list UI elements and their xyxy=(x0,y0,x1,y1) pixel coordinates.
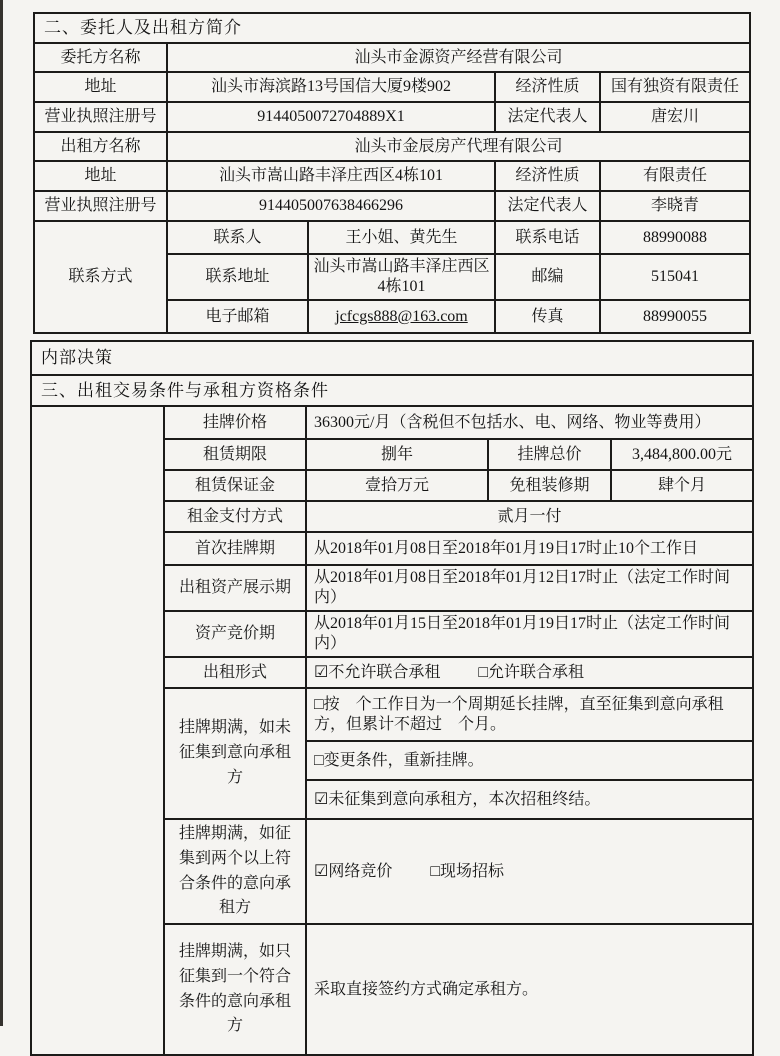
contact-phone-value: 88990088 xyxy=(600,221,750,254)
fax-label: 传真 xyxy=(495,300,600,333)
first-listing-label: 首次挂牌期 xyxy=(164,532,306,565)
client-address-label: 地址 xyxy=(34,72,167,102)
rent-form-label: 出租形式 xyxy=(164,657,306,688)
first-listing-value: 从2018年01月08日至2018年01月19日17时止10个工作日 xyxy=(306,532,753,565)
conditions-spacer-cell xyxy=(31,406,164,1055)
no-intent-group-label: 挂牌期满，如未征集到意向承租方 xyxy=(164,688,306,819)
lessor-economic-nature-label: 经济性质 xyxy=(495,161,600,191)
postcode-label: 邮编 xyxy=(495,254,600,300)
lessor-name-label: 出租方名称 xyxy=(34,132,167,161)
intro-table: 二、委托人及出租方简介 委托方名称 汕头市金源资产经营有限公司 地址 汕头市海滨… xyxy=(33,12,751,334)
deposit-value: 壹拾万元 xyxy=(306,470,488,501)
payment-method-value: 贰月一付 xyxy=(306,501,753,532)
client-license-value: 9144050072704889X1 xyxy=(167,102,495,132)
conditions-section-header: 三、出租交易条件与承租方资格条件 xyxy=(31,375,753,406)
contact-group-label: 联系方式 xyxy=(34,221,167,333)
listing-price-value: 36300元/月（含税但不包括水、电、网络、物业等费用） xyxy=(306,406,753,439)
client-economic-nature-label: 经济性质 xyxy=(495,72,600,102)
multi-intent-group-label: 挂牌期满，如征集到两个以上符合条件的意向承租方 xyxy=(164,819,306,924)
intro-section-header: 二、委托人及出租方简介 xyxy=(34,13,750,43)
email-label: 电子邮箱 xyxy=(167,300,308,333)
contact-person-label: 联系人 xyxy=(167,221,308,254)
conditions-table: 内部决策 三、出租交易条件与承租方资格条件 挂牌价格 36300元/月（含税但不… xyxy=(30,340,754,1056)
client-representative-value: 唐宏川 xyxy=(600,102,750,132)
total-listing-price-label: 挂牌总价 xyxy=(488,439,611,470)
lessor-representative-value: 李晓青 xyxy=(600,191,750,221)
client-representative-label: 法定代表人 xyxy=(495,102,600,132)
client-name-value: 汕头市金源资产经营有限公司 xyxy=(167,43,750,72)
multi-intent-checkbox-online-bidding: ☑网络竞价 xyxy=(314,862,392,882)
lessor-license-label: 营业执照注册号 xyxy=(34,191,167,221)
rent-form-checkbox-checked: ☑不允许联合承租 xyxy=(314,663,440,683)
internal-decision-header: 内部决策 xyxy=(31,341,753,375)
lessor-name-value: 汕头市金辰房产代理有限公司 xyxy=(167,132,750,161)
client-license-label: 营业执照注册号 xyxy=(34,102,167,132)
contact-person-value: 王小姐、黄先生 xyxy=(308,221,495,254)
display-period-label: 出租资产展示期 xyxy=(164,565,306,611)
client-address-value: 汕头市海滨路13号国信大厦9楼902 xyxy=(167,72,495,102)
postcode-value: 515041 xyxy=(600,254,750,300)
lessor-address-value: 汕头市嵩山路丰泽庄西区4栋101 xyxy=(167,161,495,191)
client-name-label: 委托方名称 xyxy=(34,43,167,72)
deposit-label: 租赁保证金 xyxy=(164,470,306,501)
lease-term-value: 捌年 xyxy=(306,439,488,470)
contact-phone-label: 联系电话 xyxy=(495,221,600,254)
bidding-period-value: 从2018年01月15日至2018年01月19日17时止（法定工作时间内） xyxy=(306,611,753,657)
rent-free-period-value: 肆个月 xyxy=(611,470,753,501)
lessor-address-label: 地址 xyxy=(34,161,167,191)
total-listing-price-value: 3,484,800.00元 xyxy=(611,439,753,470)
lessor-economic-nature-value: 有限责任 xyxy=(600,161,750,191)
no-intent-option-extend: □按 个工作日为一个周期延长挂牌，直至征集到意向承租方，但累计不超过 个月。 xyxy=(306,688,753,741)
payment-method-label: 租金支付方式 xyxy=(164,501,306,532)
fax-value: 88990055 xyxy=(600,300,750,333)
single-intent-group-label: 挂牌期满，如只征集到一个符合条件的意向承租方 xyxy=(164,924,306,1055)
no-intent-option-relist: □变更条件，重新挂牌。 xyxy=(306,741,753,780)
lease-term-label: 租赁期限 xyxy=(164,439,306,470)
contact-address-label: 联系地址 xyxy=(167,254,308,300)
no-intent-option-terminate: ☑未征集到意向承租方，本次招租终结。 xyxy=(306,780,753,819)
single-intent-value: 采取直接签约方式确定承租方。 xyxy=(306,924,753,1055)
client-economic-nature-value: 国有独资有限责任 xyxy=(600,72,750,102)
display-period-value: 从2018年01月08日至2018年01月12日17时止（法定工作时间内） xyxy=(306,565,753,611)
lessor-license-value: 914405007638466296 xyxy=(167,191,495,221)
bidding-period-label: 资产竞价期 xyxy=(164,611,306,657)
rent-free-period-label: 免租装修期 xyxy=(488,470,611,501)
rent-form-checkbox-unchecked: □允许联合承租 xyxy=(478,663,584,683)
scan-edge-line xyxy=(0,0,3,1026)
contact-address-value: 汕头市嵩山路丰泽庄西区4栋101 xyxy=(308,254,495,300)
multi-intent-checkbox-onsite-tender: □现场招标 xyxy=(430,862,504,882)
email-value: jcfcgs888@163.com xyxy=(308,300,495,333)
lessor-representative-label: 法定代表人 xyxy=(495,191,600,221)
listing-price-label: 挂牌价格 xyxy=(164,406,306,439)
